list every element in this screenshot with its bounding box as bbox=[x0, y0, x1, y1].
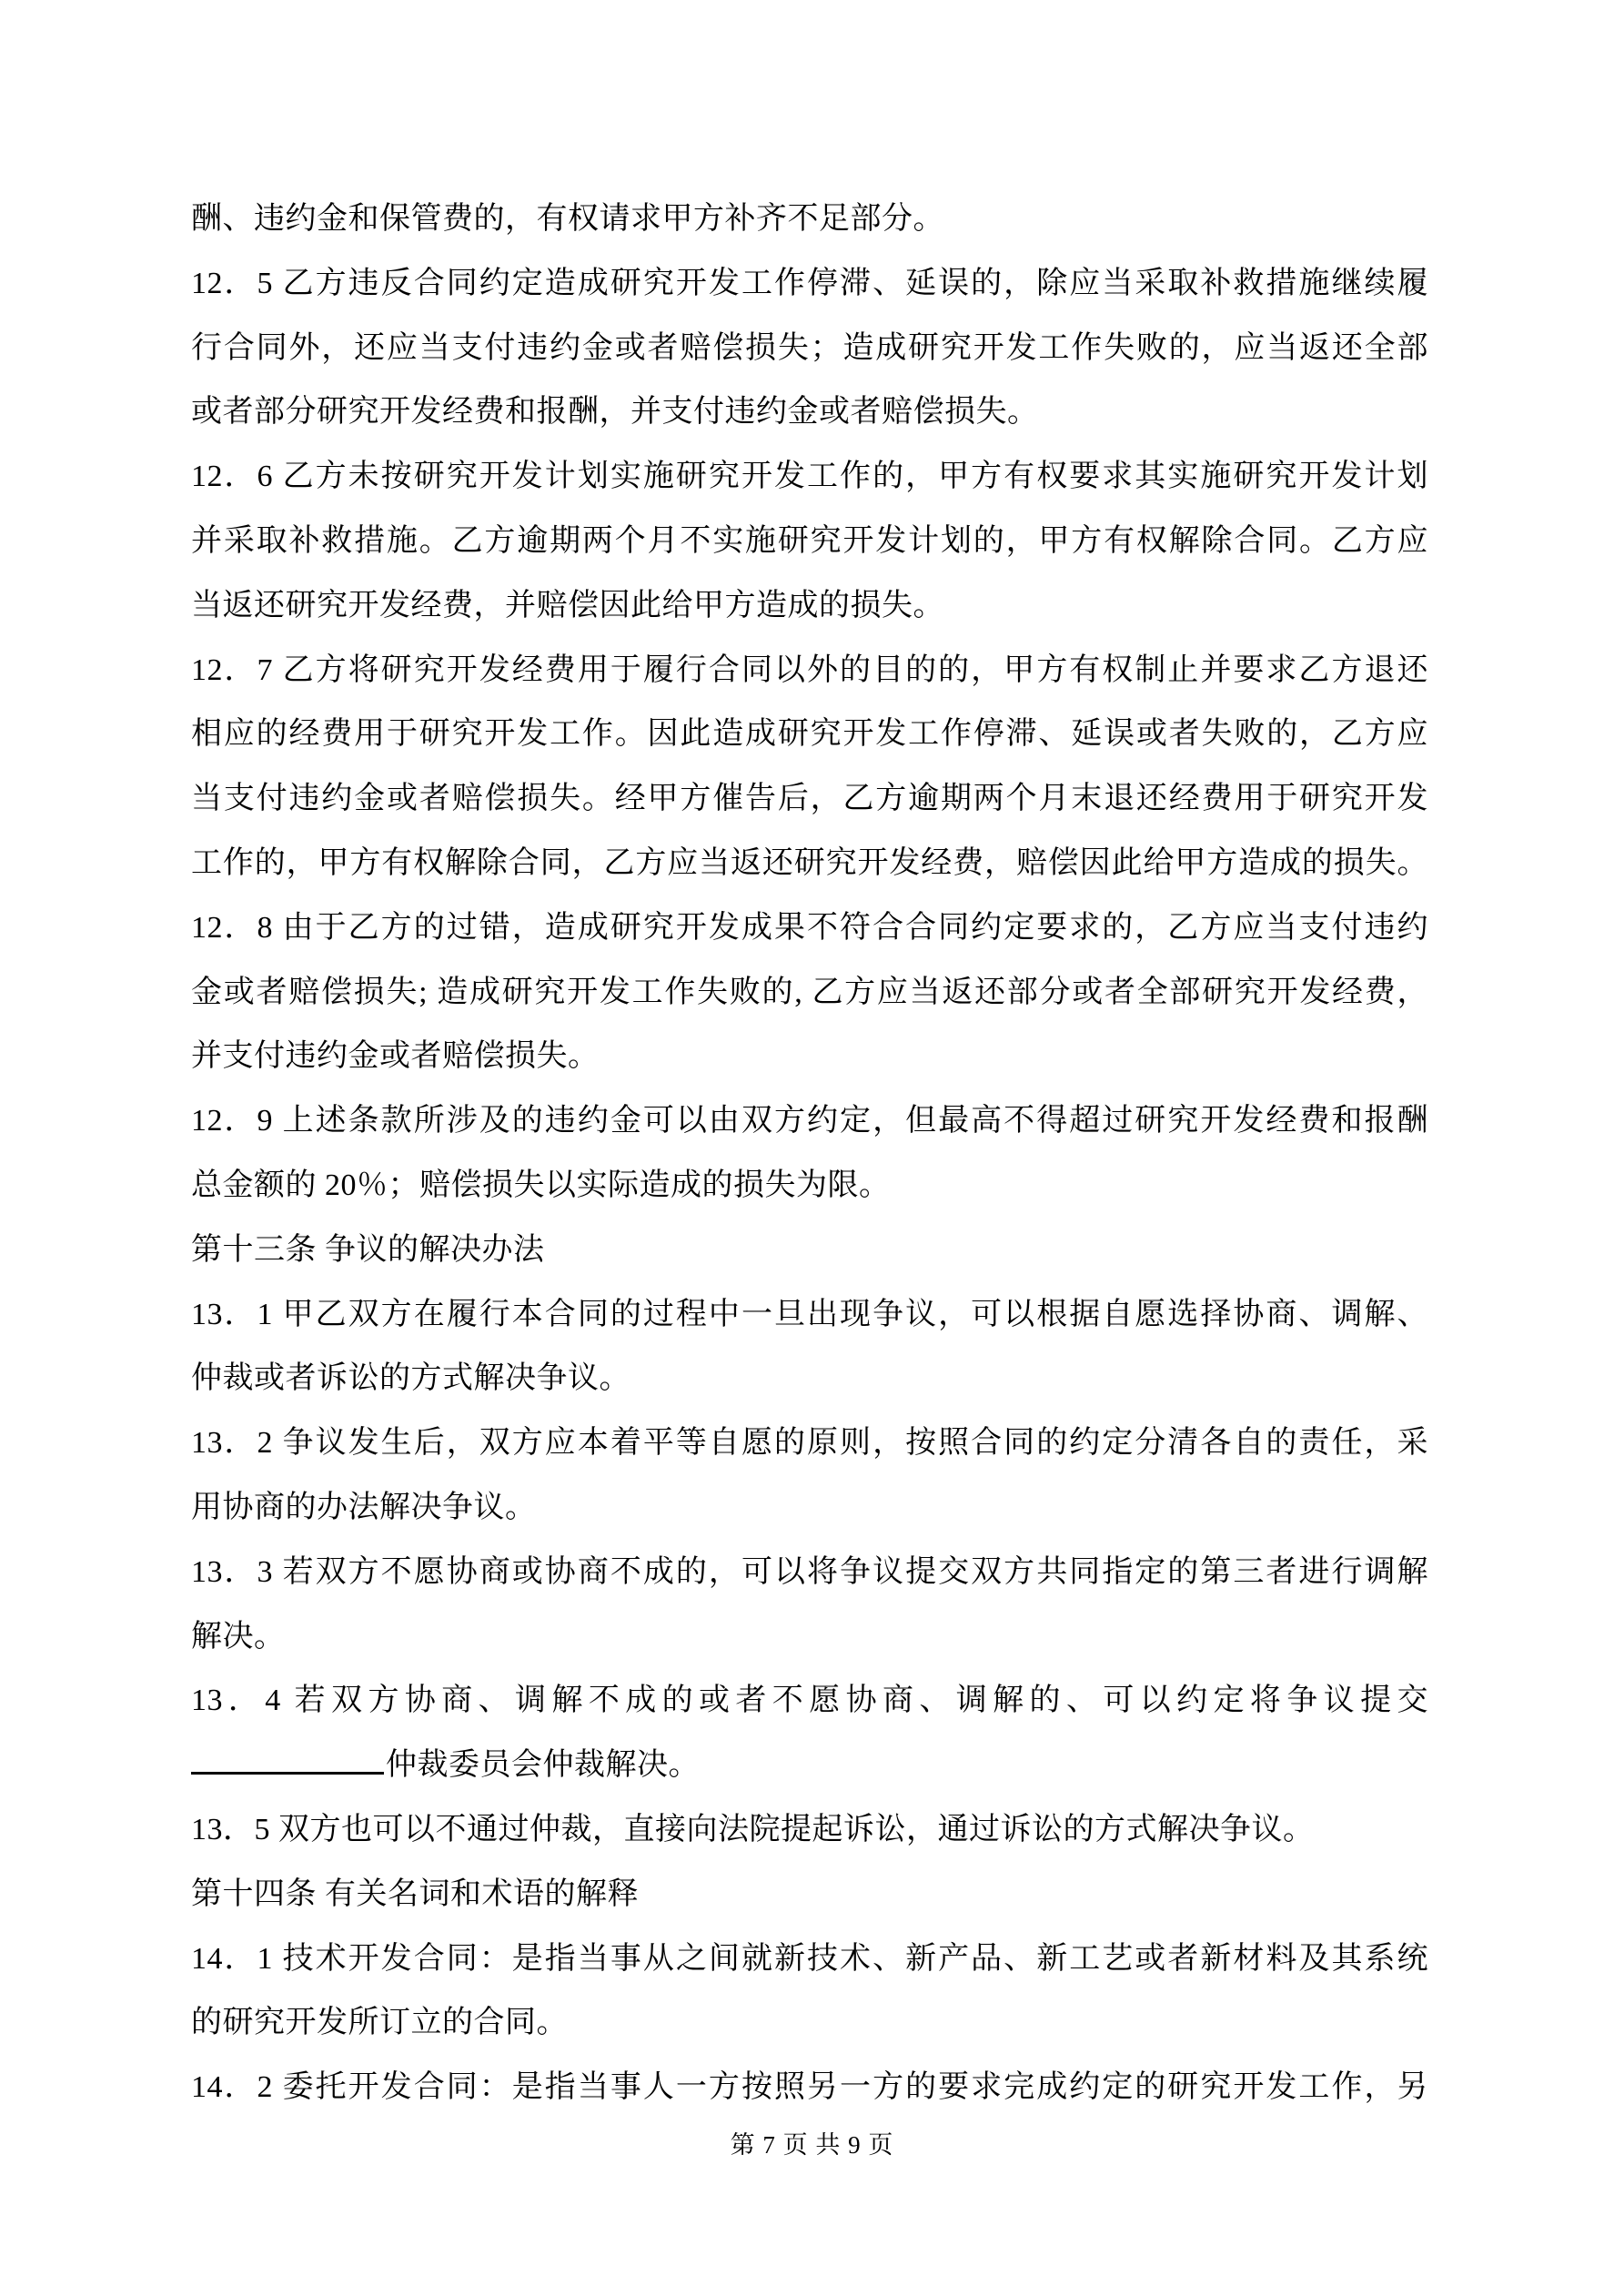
clause-line-13-1: 13．1 甲乙双方在履行本合同的过程中一旦出现争议，可以根据自愿选择协商、调解、 bbox=[191, 1283, 1428, 1348]
text-line: 或者部分研究开发经费和报酬，并支付违约金或者赔偿损失。 bbox=[191, 380, 1428, 445]
text-line: 并采取补救措施。乙方逾期两个月不实施研究开发计划的，甲方有权解除合同。乙方应 bbox=[191, 510, 1428, 574]
text-line-with-blank: 仲裁委员会仲裁解决。 bbox=[191, 1734, 1428, 1798]
text-line: 用协商的办法解决争议。 bbox=[191, 1476, 1428, 1541]
clause-line-12-6: 12．6 乙方未按研究开发计划实施研究开发工作的，甲方有权要求其实施研究开发计划 bbox=[191, 445, 1428, 510]
clause-line-12-5: 12．5 乙方违反合同约定造成研究开发工作停滞、延误的，除应当采取补救措施继续履 bbox=[191, 252, 1428, 317]
text-line: 工作的，甲方有权解除合同，乙方应当返还研究开发经费，赔偿因此给甲方造成的损失。 bbox=[191, 832, 1428, 896]
clause-line-14-2: 14．2 委托开发合同：是指当事人一方按照另一方的要求完成约定的研究开发工作，另 bbox=[191, 2056, 1428, 2120]
clause-line-14-1: 14．1 技术开发合同：是指当事从之间就新技术、新产品、新工艺或者新材料及其系统 bbox=[191, 1927, 1428, 1992]
text-line: 仲裁委员会仲裁解决。 bbox=[386, 1748, 700, 1782]
text-line: 的研究开发所订立的合同。 bbox=[191, 1991, 1428, 2056]
fill-in-blank-underline bbox=[191, 1768, 384, 1775]
clause-line-13-5: 13．5 双方也可以不通过仲裁，直接向法院提起诉讼，通过诉讼的方式解决争议。 bbox=[191, 1798, 1428, 1863]
text-line: 当支付违约金或者赔偿损失。经甲方催告后，乙方逾期两个月末退还经费用于研究开发 bbox=[191, 767, 1428, 832]
page-number-footer: 第 7 页 共 9 页 bbox=[0, 2125, 1624, 2160]
section-heading-13: 第十三条 争议的解决办法 bbox=[191, 1219, 1428, 1283]
text-line: 解决。 bbox=[191, 1605, 1428, 1670]
text-line: 仲裁或者诉讼的方式解决争议。 bbox=[191, 1347, 1428, 1411]
clause-line-12-7: 12．7 乙方将研究开发经费用于履行合同以外的目的的，甲方有权制止并要求乙方退还 bbox=[191, 639, 1428, 703]
clause-line-13-4: 13．4 若双方协商、调解不成的或者不愿协商、调解的、可以约定将争议提交 bbox=[191, 1669, 1428, 1734]
text-line: 总金额的 20％；赔偿损失以实际造成的损失为限。 bbox=[191, 1154, 1428, 1219]
text-line: 并支付违约金或者赔偿损失。 bbox=[191, 1025, 1428, 1089]
text-line: 酬、违约金和保管费的，有权请求甲方补齐不足部分。 bbox=[191, 187, 1428, 252]
text-line: 相应的经费用于研究开发工作。因此造成研究开发工作停滞、延误或者失败的，乙方应 bbox=[191, 703, 1428, 767]
text-line: 行合同外，还应当支付违约金或者赔偿损失；造成研究开发工作失败的，应当返还全部 bbox=[191, 317, 1428, 381]
contract-text-block: 酬、违约金和保管费的，有权请求甲方补齐不足部分。 12．5 乙方违反合同约定造成… bbox=[191, 187, 1428, 2120]
section-heading-14: 第十四条 有关名词和术语的解释 bbox=[191, 1863, 1428, 1927]
clause-line-13-2: 13．2 争议发生后，双方应本着平等自愿的原则，按照合同的约定分清各自的责任，采 bbox=[191, 1411, 1428, 1476]
document-page: 酬、违约金和保管费的，有权请求甲方补齐不足部分。 12．5 乙方违反合同约定造成… bbox=[0, 0, 1624, 2296]
clause-line-12-9: 12．9 上述条款所涉及的违约金可以由双方约定，但最高不得超过研究开发经费和报酬 bbox=[191, 1089, 1428, 1154]
clause-line-12-8: 12．8 由于乙方的过错，造成研究开发成果不符合合同约定要求的，乙方应当支付违约 bbox=[191, 896, 1428, 961]
text-line: 金或者赔偿损失; 造成研究开发工作失败的, 乙方应当返还部分或者全部研究开发经费… bbox=[191, 961, 1428, 1026]
clause-line-13-3: 13．3 若双方不愿协商或协商不成的，可以将争议提交双方共同指定的第三者进行调解 bbox=[191, 1541, 1428, 1605]
text-line: 当返还研究开发经费，并赔偿因此给甲方造成的损失。 bbox=[191, 574, 1428, 639]
